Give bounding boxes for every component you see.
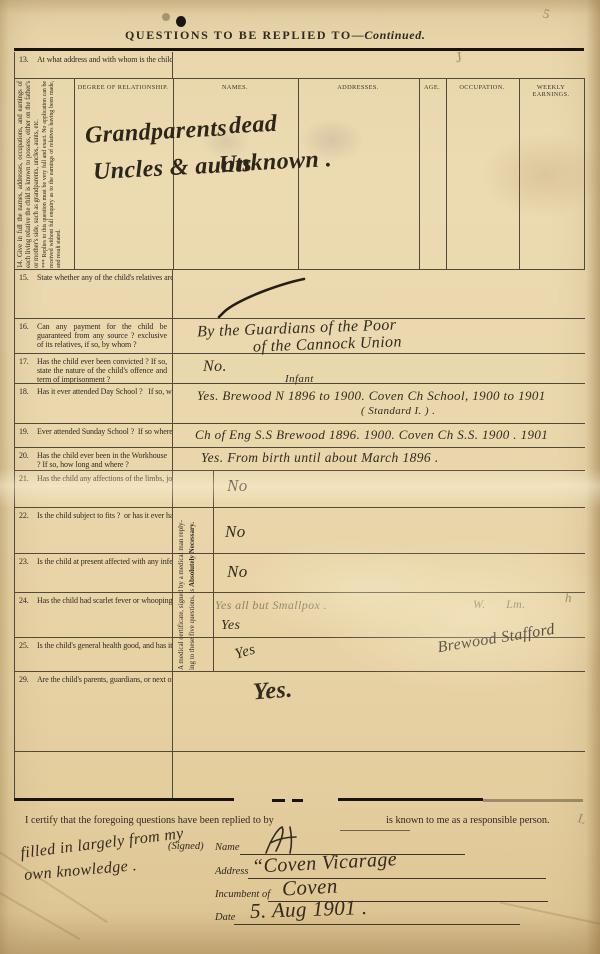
answer-29: Yes.: [252, 677, 293, 707]
empty-row-question-cell: [15, 752, 173, 799]
question-29-text: Are the child's parents, guardians, or n…: [37, 675, 167, 684]
answer-19: Ch of Eng S.S Brewood 1896. 1900. Coven …: [195, 427, 548, 443]
question-18-text: Has it ever attended Day School ? If so,…: [37, 387, 167, 396]
question-23-number: 23.: [19, 557, 34, 566]
answer-checkmark: [217, 276, 309, 318]
answer-18-line1: Yes. Brewood N 1896 to 1900. Coven Ch Sc…: [197, 388, 546, 404]
answer-24-line2: Yes: [221, 618, 240, 634]
bottom-rule-mid: [338, 798, 483, 801]
bottom-rule-dash1: [272, 799, 285, 802]
answer-24-corner-mark: h: [565, 590, 572, 606]
date-field-line: [234, 924, 520, 925]
question-22-number: 22.: [19, 511, 34, 520]
question-22: 22. Is the child subject to fits ? or ha…: [15, 508, 173, 553]
question-15: 15. State whether any of the child's rel…: [15, 270, 173, 318]
answer-22-area: No: [173, 508, 585, 553]
question-14-number: 14.: [17, 260, 24, 268]
medical-note-line2-bold: Absolutely Necessary.: [188, 522, 196, 587]
answer-24-faded-initials: W. Lm.: [473, 597, 526, 612]
page-title-continued: —Continued.: [352, 28, 426, 42]
question-row-23: 23. Is the child at present affected wit…: [15, 554, 585, 593]
answer-13-area: [173, 52, 585, 78]
question-14-note: *** Replies to this question must be ver…: [42, 81, 62, 268]
table-header-occupation: OCCUPATION.: [459, 84, 504, 91]
answer-18-line2: ( Standard I. ) .: [361, 405, 435, 417]
date-field-value: 5. Aug 1901 .: [250, 895, 368, 924]
name-field-label: Name: [215, 842, 240, 853]
question-14-text: Give in full the names, addresses, occup…: [17, 81, 40, 268]
question-row-15: 15. State whether any of the child's rel…: [15, 270, 585, 319]
question-row-18: 18. Has it ever attended Day School ? If…: [15, 384, 585, 424]
relatives-table: 14. Give in full the names, addresses, o…: [15, 79, 585, 270]
question-row-29: 29. Are the child's parents, guardians, …: [15, 672, 585, 752]
table-header-names: NAMES.: [222, 84, 248, 91]
answer-24-line1: Yes all but Smallpox .: [215, 598, 327, 613]
question-21: 21. Has the child any affections of the …: [15, 471, 173, 507]
question-29: 29. Are the child's parents, guardians, …: [15, 672, 173, 751]
certify-text-before: I certify that the foregoing questions h…: [25, 815, 274, 826]
name-signature-scribble: [262, 825, 306, 855]
question-20-text: Has the child ever been in the Workhouse…: [37, 451, 167, 469]
empty-row-answer-cell: [173, 752, 585, 799]
question-16-text: Can any payment for the child be guarant…: [37, 322, 167, 349]
question-row-21: 21. Has the child any affections of the …: [15, 471, 585, 508]
answer-21-area: No: [173, 471, 585, 507]
question-22-text: Is the child subject to fits ? or has it…: [37, 511, 167, 520]
table-header-addresses: ADDRESSES.: [337, 84, 379, 91]
table-right-border: [584, 79, 585, 270]
answer-20-area: Yes. From birth until about March 1896 .: [173, 448, 585, 470]
question-row-19: 19. Ever attended Sunday School ? If so …: [15, 424, 585, 448]
answer-18-insert: Infant: [285, 373, 314, 385]
question-25: 25. Is the child's general health good, …: [15, 638, 173, 671]
table-col-line-3: [419, 79, 420, 270]
question-25-text: Is the child's general health good, and …: [37, 641, 167, 650]
question-19-text: Ever attended Sunday School ? If so wher…: [37, 427, 167, 436]
question-13-number: 13.: [19, 55, 34, 64]
question-18-number: 18.: [19, 387, 34, 396]
answer-21: No: [227, 476, 248, 496]
question-18: 18. Has it ever attended Day School ? If…: [15, 384, 173, 423]
empty-row: [15, 752, 585, 799]
certification-block: I certify that the foregoing questions h…: [0, 805, 600, 954]
answer-29-area: Yes.: [173, 672, 585, 751]
date-field-label: Date: [215, 912, 235, 923]
table-header-age: AGE.: [424, 84, 440, 91]
certify-blank-line: [340, 830, 410, 831]
question-15-number: 15.: [19, 273, 34, 282]
certify-handnote-line1: filled in largely from my: [20, 825, 185, 863]
title-rule: [14, 48, 584, 51]
question-24-number: 24.: [19, 596, 34, 605]
question-row-16: 16. Can any payment for the child be gua…: [15, 319, 585, 354]
signed-label: (Signed): [168, 841, 204, 852]
answer-23: No: [227, 562, 248, 582]
question-17-number: 17.: [19, 357, 34, 366]
question-row-25: 25. Is the child's general health good, …: [15, 638, 585, 672]
question-29-number: 29.: [19, 675, 34, 684]
question-17: 17. Has the child ever been convicted ? …: [15, 354, 173, 383]
answer-15-area: [173, 270, 585, 318]
question-23: 23. Is the child at present affected wit…: [15, 554, 173, 592]
question-row-13: 13. At what address and with whom is the…: [15, 52, 585, 79]
answer-17-area: No.: [173, 354, 585, 383]
table-row: Unknown .: [218, 146, 332, 179]
question-17-text: Has the child ever been convicted ? If s…: [37, 357, 167, 383]
question-19: 19. Ever attended Sunday School ? If so …: [15, 424, 173, 447]
answer-22: No: [225, 522, 246, 542]
bottom-rule-right: [483, 799, 583, 802]
question-23-text: Is the child at present affected with an…: [37, 557, 167, 566]
table-header-relationship: DEGREE OF RELATIONSHIP.: [78, 84, 169, 91]
hole-punch-dot-faded: [162, 13, 170, 21]
answer-16-area: By the Guardians of the Poor of the Cann…: [173, 319, 585, 353]
question-19-number: 19.: [19, 427, 34, 436]
table-col-line-5: [519, 79, 520, 270]
answer-20: Yes. From birth until about March 1896 .: [201, 450, 439, 466]
table-col-line-4: [446, 79, 447, 270]
bottom-rule-dash2: [292, 799, 303, 802]
answer-17: No.: [203, 358, 227, 376]
question-15-text: State whether any of the child's relativ…: [37, 273, 167, 282]
page-title-main: QUESTIONS TO BE REPLIED TO: [125, 28, 352, 42]
scanned-form-page: QUESTIONS TO BE REPLIED TO—Continued. 5 …: [0, 0, 600, 954]
certify-text-after: is known to me as a responsible person.: [386, 815, 550, 826]
question-16-number: 16.: [19, 322, 34, 331]
question-14-vertical-strip: 14. Give in full the names, addresses, o…: [15, 79, 75, 270]
address-field-label: Address: [215, 866, 248, 877]
question-13: 13. At what address and with whom is the…: [15, 52, 173, 78]
question-21-number: 21.: [19, 474, 34, 483]
pencil-mark-certify: L: [576, 810, 589, 828]
answer-25: Yes: [233, 641, 258, 663]
question-25-number: 25.: [19, 641, 34, 650]
pencil-mark-top-right: 5: [541, 5, 551, 22]
hole-punch-dot: [176, 16, 186, 27]
question-24-text: Has the child had scarlet fever or whoop…: [37, 596, 167, 605]
question-13-text: At what address and with whom is the chi…: [37, 55, 167, 64]
table-row: Grandparents: [84, 115, 227, 149]
form-body: 13. At what address and with whom is the…: [14, 52, 585, 799]
answer-25-area: Yes Brewood Stafford: [173, 638, 585, 671]
bottom-rule-left: [14, 798, 234, 801]
question-row-20: 20. Has the child ever been in the Workh…: [15, 448, 585, 471]
table-row: dead: [228, 111, 278, 140]
page-title: QUESTIONS TO BE REPLIED TO—Continued.: [125, 28, 415, 43]
question-20: 20. Has the child ever been in the Workh…: [15, 448, 173, 470]
answer-18-area: Infant Yes. Brewood N 1896 to 1900. Cove…: [173, 384, 585, 423]
question-24: 24. Has the child had scarlet fever or w…: [15, 593, 173, 637]
table-header-weekly-earnings: WEEKLY EARNINGS.: [529, 84, 573, 98]
answer-19-area: Ch of Eng S.S Brewood 1896. 1900. Coven …: [173, 424, 585, 447]
question-21-text: Has the child any affections of the limb…: [37, 474, 167, 483]
question-16: 16. Can any payment for the child be gua…: [15, 319, 173, 353]
question-row-22: 22. Is the child subject to fits ? or ha…: [15, 508, 585, 554]
answer-23-area: No: [173, 554, 585, 592]
question-20-number: 20.: [19, 451, 34, 460]
